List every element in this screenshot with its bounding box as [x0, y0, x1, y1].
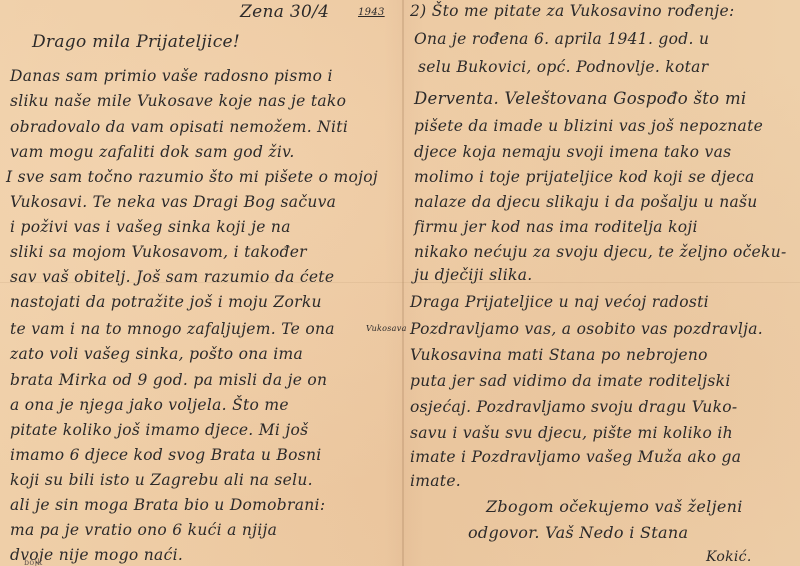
- letter-line: obradovalo da vam opisati nemožem. Niti: [10, 118, 348, 136]
- letter-line: osjećaj. Pozdravljamo svoju dragu Vuko-: [410, 398, 737, 416]
- letter-line: Draga Prijateljice u naj većoj radosti: [410, 293, 709, 311]
- letter-line: i poživi vas i vašeg sinka koji je na: [10, 218, 291, 236]
- letter-line: Pozdravljamo vas, a osobito vas pozdravl…: [410, 320, 763, 338]
- letter-line: a ona je njega jako voljela. Što me: [10, 396, 289, 414]
- letter-line: pitate koliko još imamo djece. Mi još: [10, 421, 308, 439]
- letter-line: imate i Pozdravljamo vašeg Muža ako ga: [410, 448, 741, 466]
- letter-page: Zena 30/4 1943 Drago mila Prijateljice! …: [0, 0, 800, 566]
- letter-line: Danas sam primio vaše radosno pismo i: [10, 67, 333, 85]
- fold-crease-vertical: [402, 0, 404, 566]
- letter-line: I sve sam točno razumio što mi pišete o …: [6, 168, 378, 186]
- letter-closing: Zbogom očekujemo vaš željeni: [486, 498, 743, 516]
- letter-line: Vukosavina mati Stana po nebrojeno: [410, 346, 708, 364]
- margin-note: bojk: [24, 554, 42, 566]
- letter-line: koji su bili isto u Zagrebu ali na selu.: [10, 471, 313, 489]
- letter-line: Vukosavi. Te neka vas Dragi Bog sačuva: [10, 193, 336, 211]
- letter-line: djece koja nemaju svoji imena tako vas: [414, 143, 731, 161]
- letter-closing: odgovor. Vaš Nedo i Stana: [468, 524, 688, 542]
- letter-salutation: Drago mila Prijateljice!: [32, 33, 240, 51]
- letter-line: pišete da imade u blizini vas još nepozn…: [414, 117, 763, 135]
- letter-line: puta jer sad vidimo da imate roditeljski: [410, 372, 731, 390]
- letter-interlinear-insert: Vukosava: [366, 320, 407, 338]
- letter-line: Derventa. Veleštovana Gospođo što mi: [414, 90, 746, 108]
- letter-line: molimo i toje prijateljice kod koji se d…: [414, 168, 755, 186]
- letter-line: 2) Što me pitate za Vukosavino rođenje:: [410, 2, 735, 20]
- letter-line: vam mogu zafaliti dok sam god živ.: [10, 143, 295, 161]
- letter-line: sav vaš obitelj. Još sam razumio da ćete: [10, 268, 334, 286]
- letter-place-date: Zena 30/4: [240, 3, 329, 21]
- letter-line: nalaze da djecu slikaju i da pošalju u n…: [414, 193, 758, 211]
- letter-line: brata Mirka od 9 god. pa misli da je on: [10, 371, 327, 389]
- letter-line: sliki sa mojom Vukosavom, i također: [10, 243, 307, 261]
- letter-line: firmu jer kod nas ima roditelja koji: [414, 218, 698, 236]
- letter-signature: Kokić.: [706, 548, 752, 566]
- letter-line: zato voli vašeg sinka, pošto ona ima: [10, 345, 303, 363]
- letter-line: ali je sin moga Brata bio u Domobrani:: [10, 496, 325, 514]
- letter-line: savu i vašu svu djecu, pište mi koliko i…: [410, 424, 733, 442]
- letter-line: selu Bukovici, opć. Podnovlje. kotar: [418, 58, 708, 76]
- letter-line: nikako nećuju za svoju djecu, te željno …: [414, 243, 787, 261]
- letter-line: te vam i na to mnogo zafaljujem. Te ona: [10, 320, 335, 338]
- letter-line: sliku naše mile Vukosave koje nas je tak…: [10, 92, 346, 110]
- letter-line: ju dječiji slika.: [414, 266, 532, 284]
- letter-year: 1943: [358, 4, 385, 22]
- letter-line: nastojati da potražite još i moju Zorku: [10, 293, 322, 311]
- letter-line: ma pa je vratio ono 6 kući a njija: [10, 521, 277, 539]
- letter-line: imamo 6 djece kod svog Brata u Bosni: [10, 446, 322, 464]
- letter-line: imate.: [410, 472, 461, 490]
- letter-line: Ona je rođena 6. aprila 1941. god. u: [414, 30, 709, 48]
